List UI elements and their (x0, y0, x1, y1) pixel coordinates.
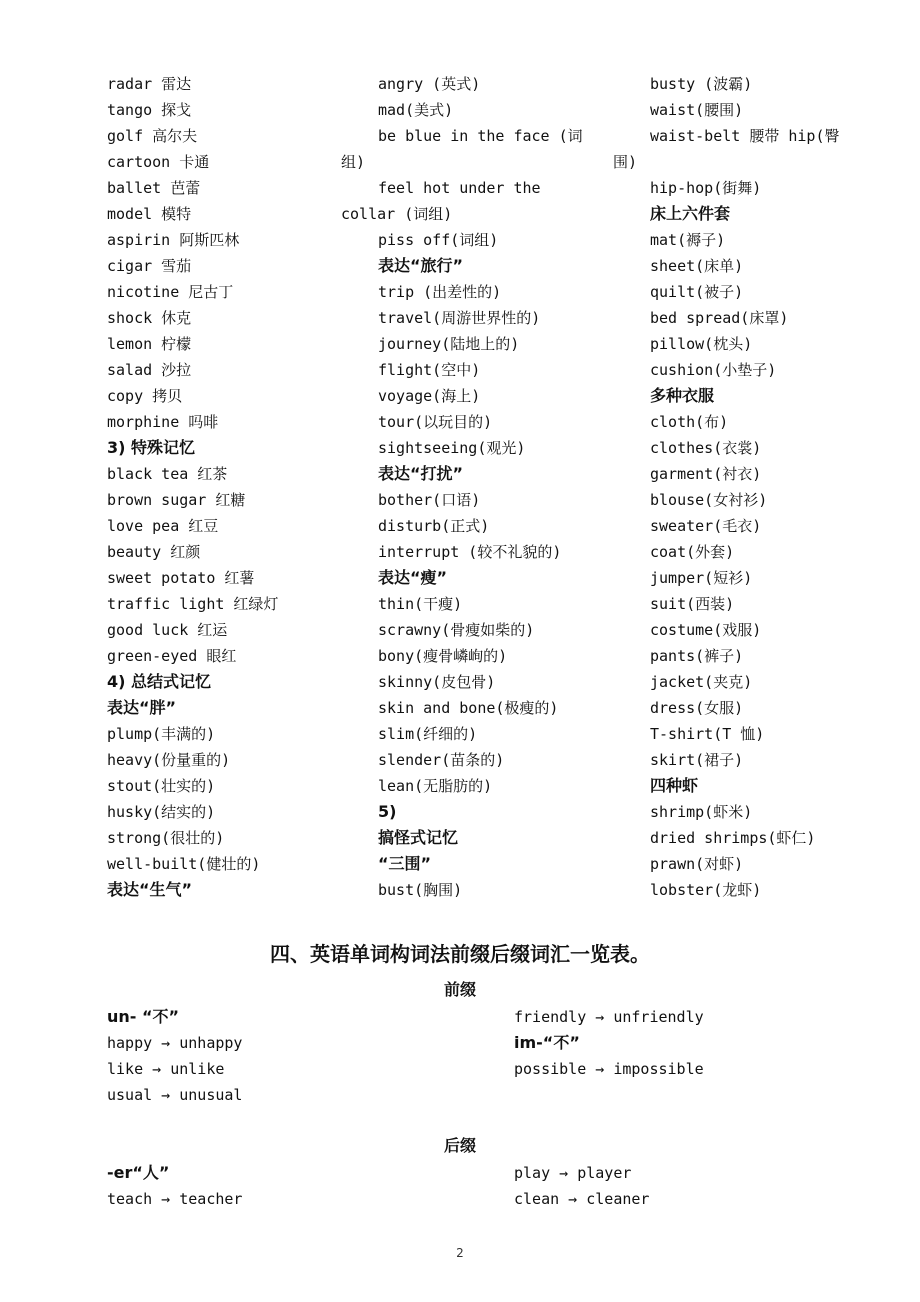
section-heading: 4) 总结式记忆 (107, 669, 342, 695)
vocab-entry: plump(丰满的) (107, 721, 342, 747)
vocab-entry: radar 雷达 (107, 71, 342, 97)
section-heading: 表达“瘦” (341, 565, 611, 591)
vocab-entry: disturb(正式) (341, 513, 611, 539)
vocab-entry: model 模特 (107, 201, 342, 227)
vocab-entry: garment(衬衣) (613, 461, 873, 487)
vocab-entry: husky(结实的) (107, 799, 342, 825)
section-heading: 表达“生气” (107, 877, 342, 903)
section-heading: -er“人” (107, 1160, 242, 1186)
section-heading: 表达“旅行” (341, 253, 611, 279)
vocab-entry: jumper(短衫) (613, 565, 873, 591)
vocab-entry: morphine 吗啡 (107, 409, 342, 435)
section-heading: 3) 特殊记忆 (107, 435, 342, 461)
vocab-entry: blouse(女衬衫) (613, 487, 873, 513)
vocab-entry: cloth(布) (613, 409, 873, 435)
vocab-entry: like → unlike (107, 1056, 242, 1082)
vocab-entry: waist-belt 腰带 hip(臀 (613, 123, 873, 149)
vocab-entry: jacket(夹克) (613, 669, 873, 695)
section-heading: 四种虾 (613, 773, 873, 799)
vocab-entry: slim(纤细的) (341, 721, 611, 747)
vocab-entry: feel hot under the (341, 175, 611, 201)
vocab-entry: skinny(皮包骨) (341, 669, 611, 695)
vocab-entry: heavy(份量重的) (107, 747, 342, 773)
vocab-entry: aspirin 阿斯匹林 (107, 227, 342, 253)
vocab-entry: bed spread(床罩) (613, 305, 873, 331)
section-heading: 多种衣服 (613, 383, 873, 409)
vocab-entry: busty (波霸) (613, 71, 873, 97)
section-heading: 5) (341, 799, 611, 825)
vocab-entry: tango 探戈 (107, 97, 342, 123)
vocab-entry: happy → unhappy (107, 1030, 242, 1056)
section-heading: 表达“打扰” (341, 461, 611, 487)
section-title: 四、英语单词构词法前缀后缀词汇一览表。 (0, 940, 920, 968)
vocab-entry: sweater(毛衣) (613, 513, 873, 539)
vocab-column-3: busty (波霸)waist(腰围)waist-belt 腰带 hip(臀围)… (613, 71, 873, 903)
vocab-entry: well-built(健壮的) (107, 851, 342, 877)
vocab-entry: black tea 红茶 (107, 461, 342, 487)
vocab-entry: stout(壮实的) (107, 773, 342, 799)
vocab-column-1: radar 雷达tango 探戈golf 高尔夫cartoon 卡通ballet… (107, 71, 342, 903)
vocab-entry: journey(陆地上的) (341, 331, 611, 357)
vocab-entry: pants(裤子) (613, 643, 873, 669)
vocab-entry: bony(瘦骨嶙峋的) (341, 643, 611, 669)
vocab-entry: waist(腰围) (613, 97, 873, 123)
vocab-entry: ballet 芭蕾 (107, 175, 342, 201)
page-number: 2 (0, 1246, 920, 1260)
vocab-entry: hip-hop(街舞) (613, 175, 873, 201)
section-heading: 表达“胖” (107, 695, 342, 721)
vocab-entry: pillow(枕头) (613, 331, 873, 357)
vocab-entry: green-eyed 眼红 (107, 643, 342, 669)
vocab-entry: lemon 柠檬 (107, 331, 342, 357)
vocab-entry: coat(外套) (613, 539, 873, 565)
vocab-column-2: angry (英式)mad(美式)be blue in the face (词组… (341, 71, 611, 903)
vocab-entry: cartoon 卡通 (107, 149, 342, 175)
vocab-entry: mad(美式) (341, 97, 611, 123)
vocab-entry: sightseeing(观光) (341, 435, 611, 461)
vocab-entry: nicotine 尼古丁 (107, 279, 342, 305)
vocab-entry: 组) (341, 149, 611, 175)
vocab-entry: usual → unusual (107, 1082, 242, 1108)
vocab-entry: lobster(龙虾) (613, 877, 873, 903)
suffix-list-left: -er“人”teach → teacher (107, 1160, 242, 1212)
vocab-entry: clothes(衣裳) (613, 435, 873, 461)
section-heading: 床上六件套 (613, 201, 873, 227)
vocab-entry: piss off(词组) (341, 227, 611, 253)
suffix-list-right: play → playerclean → cleaner (514, 1160, 649, 1212)
vocab-entry: clean → cleaner (514, 1186, 649, 1212)
vocab-entry: love pea 红豆 (107, 513, 342, 539)
vocab-entry: T-shirt(T 恤) (613, 721, 873, 747)
vocab-entry: bust(胸围) (341, 877, 611, 903)
vocab-entry: golf 高尔夫 (107, 123, 342, 149)
suffix-heading: 后缀 (0, 1134, 920, 1158)
vocab-entry: sheet(床单) (613, 253, 873, 279)
prefix-list-right: friendly → unfriendlyim-“不”possible → im… (514, 1004, 704, 1082)
vocab-entry: play → player (514, 1160, 649, 1186)
vocab-entry: scrawny(骨瘦如柴的) (341, 617, 611, 643)
document-page: radar 雷达tango 探戈golf 高尔夫cartoon 卡通ballet… (0, 0, 920, 1302)
vocab-entry: prawn(对虾) (613, 851, 873, 877)
section-heading: 搞怪式记忆 (341, 825, 611, 851)
vocab-entry: teach → teacher (107, 1186, 242, 1212)
vocab-entry: interrupt (较不礼貌的) (341, 539, 611, 565)
prefix-list-left: un- “不”happy → unhappylike → unlikeusual… (107, 1004, 242, 1108)
vocab-entry: collar (词组) (341, 201, 611, 227)
vocab-entry: be blue in the face (词 (341, 123, 611, 149)
vocab-entry: skin and bone(极瘦的) (341, 695, 611, 721)
vocab-entry: shock 休克 (107, 305, 342, 331)
vocab-entry: cigar 雪茄 (107, 253, 342, 279)
vocab-entry: skirt(裙子) (613, 747, 873, 773)
vocab-entry: costume(戏服) (613, 617, 873, 643)
vocab-entry: quilt(被子) (613, 279, 873, 305)
section-heading: “三围” (341, 851, 611, 877)
vocab-entry: dress(女服) (613, 695, 873, 721)
vocab-entry: traffic light 红绿灯 (107, 591, 342, 617)
vocab-entry: travel(周游世界性的) (341, 305, 611, 331)
vocab-entry: strong(很壮的) (107, 825, 342, 851)
vocab-entry: friendly → unfriendly (514, 1004, 704, 1030)
vocab-entry: thin(干瘦) (341, 591, 611, 617)
section-heading: un- “不” (107, 1004, 242, 1030)
vocab-entry: voyage(海上) (341, 383, 611, 409)
vocab-entry: angry (英式) (341, 71, 611, 97)
vocab-entry: copy 拷贝 (107, 383, 342, 409)
vocab-entry: good luck 红运 (107, 617, 342, 643)
vocab-entry: sweet potato 红薯 (107, 565, 342, 591)
vocab-entry: brown sugar 红糖 (107, 487, 342, 513)
vocab-entry: dried shrimps(虾仁) (613, 825, 873, 851)
vocab-entry: tour(以玩目的) (341, 409, 611, 435)
vocab-entry: slender(苗条的) (341, 747, 611, 773)
vocab-entry: possible → impossible (514, 1056, 704, 1082)
vocab-entry: mat(褥子) (613, 227, 873, 253)
vocab-entry: lean(无脂肪的) (341, 773, 611, 799)
vocab-entry: salad 沙拉 (107, 357, 342, 383)
vocab-entry: 围) (613, 149, 873, 175)
vocab-entry: cushion(小垫子) (613, 357, 873, 383)
vocab-entry: trip (出差性的) (341, 279, 611, 305)
vocab-entry: beauty 红颜 (107, 539, 342, 565)
prefix-heading: 前缀 (0, 978, 920, 1002)
vocab-entry: bother(口语) (341, 487, 611, 513)
vocab-entry: suit(西装) (613, 591, 873, 617)
section-heading: im-“不” (514, 1030, 704, 1056)
vocab-entry: shrimp(虾米) (613, 799, 873, 825)
vocab-entry: flight(空中) (341, 357, 611, 383)
